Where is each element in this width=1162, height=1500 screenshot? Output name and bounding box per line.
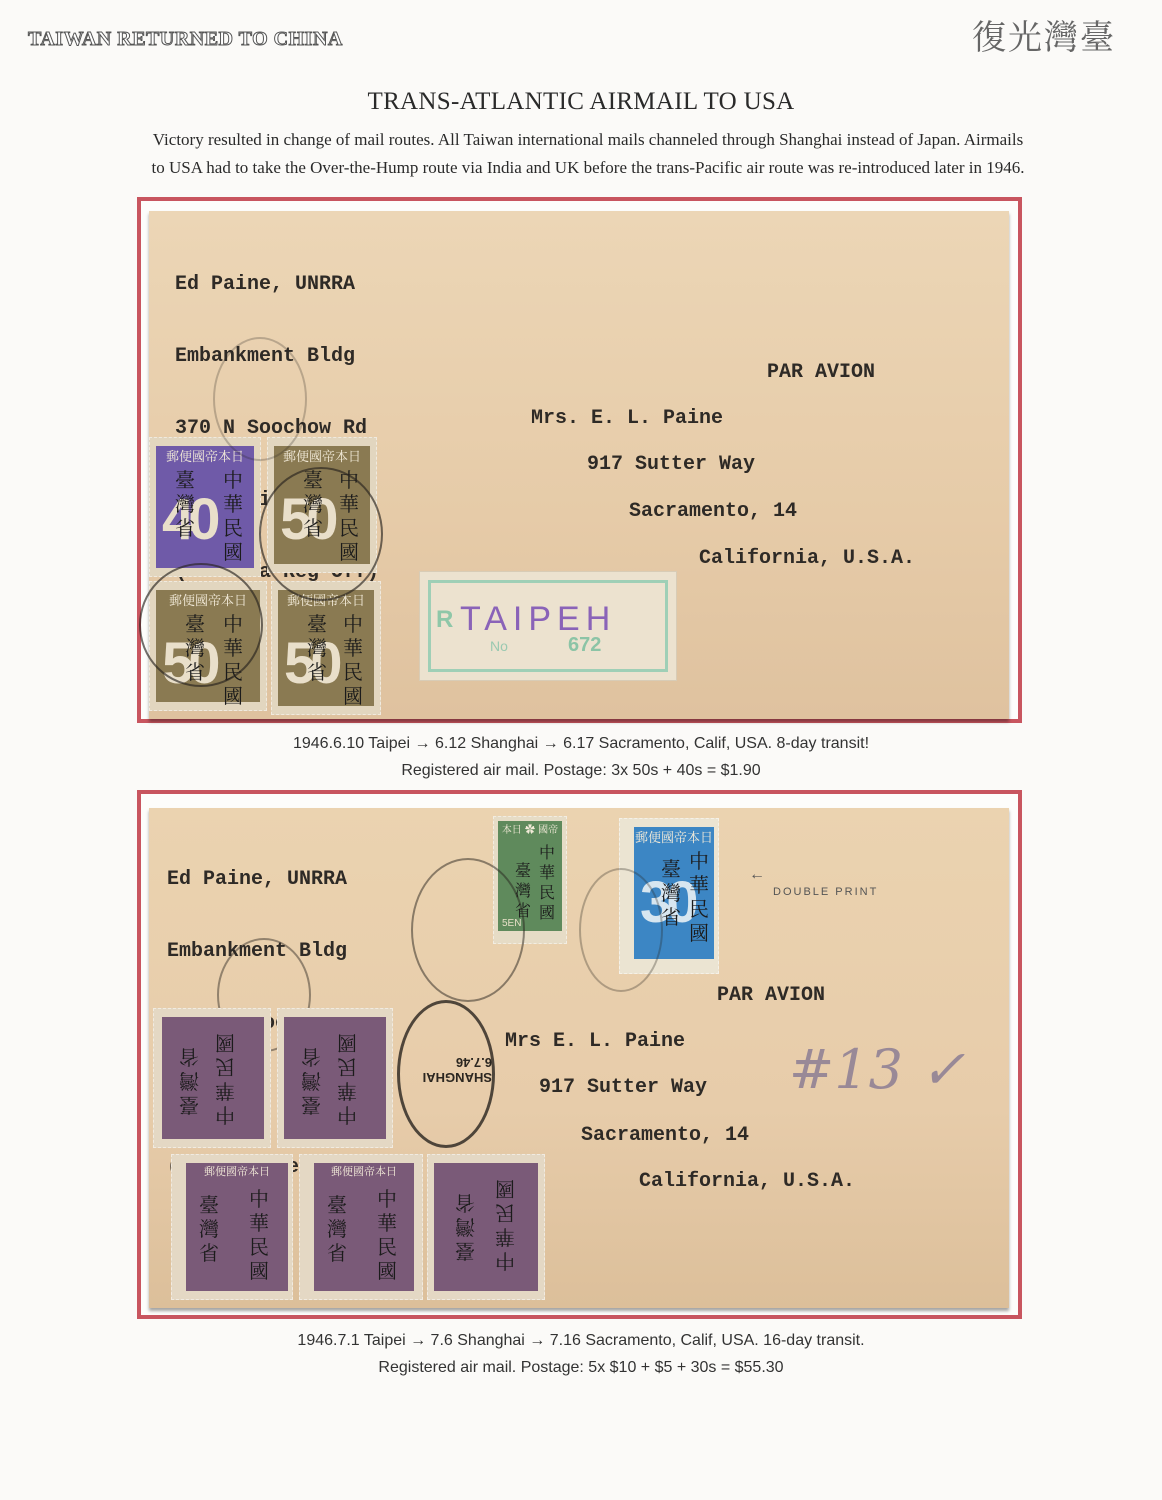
double-print-annotation: DOUBLE PRINT xyxy=(773,886,878,898)
cover-caption-1: 1946.6.10 Taipei → 6.12 Shanghai → 6.17 … xyxy=(0,730,1162,784)
recipient-line: Sacramento, 14 xyxy=(581,1124,749,1148)
recipient-line: Mrs E. L. Paine xyxy=(505,1030,685,1054)
postmark xyxy=(139,563,263,687)
caption-route: 1946.6.10 Taipei → 6.12 Shanghai → 6.17 … xyxy=(0,730,1162,757)
stamp-10-yen: 中華民國 臺灣省 10 xyxy=(153,1008,271,1148)
intro-line: to USA had to take the Over-the-Hump rou… xyxy=(48,154,1128,182)
sender-line: Ed Paine, UNRRA xyxy=(175,273,379,297)
cover-frame-1: Ed Paine, UNRRA Embankment Bldg 370 N So… xyxy=(137,197,1022,723)
stamp-10-yen: 中華民國 臺灣省 xyxy=(277,1008,393,1148)
recipient-line: 917 Sutter Way xyxy=(587,453,755,477)
recipient-line: Sacramento, 14 xyxy=(629,500,797,524)
registration-no-label: No xyxy=(490,638,508,654)
postmark xyxy=(213,337,307,461)
stamp-10-yen: 郵便國帝本日 中華民國 臺灣省 xyxy=(299,1154,423,1300)
caption-postage: Registered air mail. Postage: 3x 50s + 4… xyxy=(0,757,1162,784)
shanghai-postmark: SHANGHAI 6.7.46 xyxy=(397,1000,495,1148)
pencil-note: #13 ✓ xyxy=(789,1038,965,1101)
caption-postage: Registered air mail. Postage: 5x $10 + $… xyxy=(0,1354,1162,1381)
envelope-2: Ed Paine, UNRRA Embankment Bldg 370 N So… xyxy=(149,808,1009,1308)
registration-prefix: R xyxy=(436,606,453,634)
recipient-line: California, U.S.A. xyxy=(699,547,915,571)
stamp-10-yen: 郵便國帝本日 中華民國 臺灣省 xyxy=(171,1154,293,1300)
recipient-line: California, U.S.A. xyxy=(639,1170,855,1194)
postmark xyxy=(259,467,383,601)
postmark xyxy=(579,868,663,992)
registration-number: 672 xyxy=(568,634,601,657)
series-title-chinese: 復光灣臺 xyxy=(972,10,1116,59)
page-title: TRANS-ATLANTIC AIRMAIL TO USA xyxy=(0,88,1162,116)
service-marking: PAR AVION xyxy=(767,361,875,385)
stamp-50s: 郵便國帝本日 50 中華民國 臺灣省 xyxy=(271,581,381,715)
arrow-annotation: ← xyxy=(749,866,767,884)
envelope-1: Ed Paine, UNRRA Embankment Bldg 370 N So… xyxy=(149,211,1009,719)
stamp-10-yen: 中華民國 臺灣省 xyxy=(427,1154,545,1300)
registration-label: R TAIPEH No 672 xyxy=(419,571,677,681)
sender-line: Ed Paine, UNRRA xyxy=(167,868,371,892)
intro-text: Victory resulted in change of mail route… xyxy=(48,126,1128,182)
recipient-line: Mrs. E. L. Paine xyxy=(531,407,723,431)
recipient-line: 917 Sutter Way xyxy=(539,1076,707,1100)
cover-frame-2: Ed Paine, UNRRA Embankment Bldg 370 N So… xyxy=(137,790,1022,1319)
caption-route: 1946.7.1 Taipei → 7.6 Shanghai → 7.16 Sa… xyxy=(0,1327,1162,1354)
service-marking: PAR AVION xyxy=(717,984,825,1008)
series-title: TAIWAN RETURNED TO CHINA xyxy=(28,28,343,51)
postmark xyxy=(411,858,525,1002)
intro-line: Victory resulted in change of mail route… xyxy=(48,126,1128,154)
cover-caption-2: 1946.7.1 Taipei → 7.6 Shanghai → 7.16 Sa… xyxy=(0,1327,1162,1381)
stamp-40s: 郵便國帝本日 40 中華民國 臺灣省 xyxy=(149,437,261,577)
